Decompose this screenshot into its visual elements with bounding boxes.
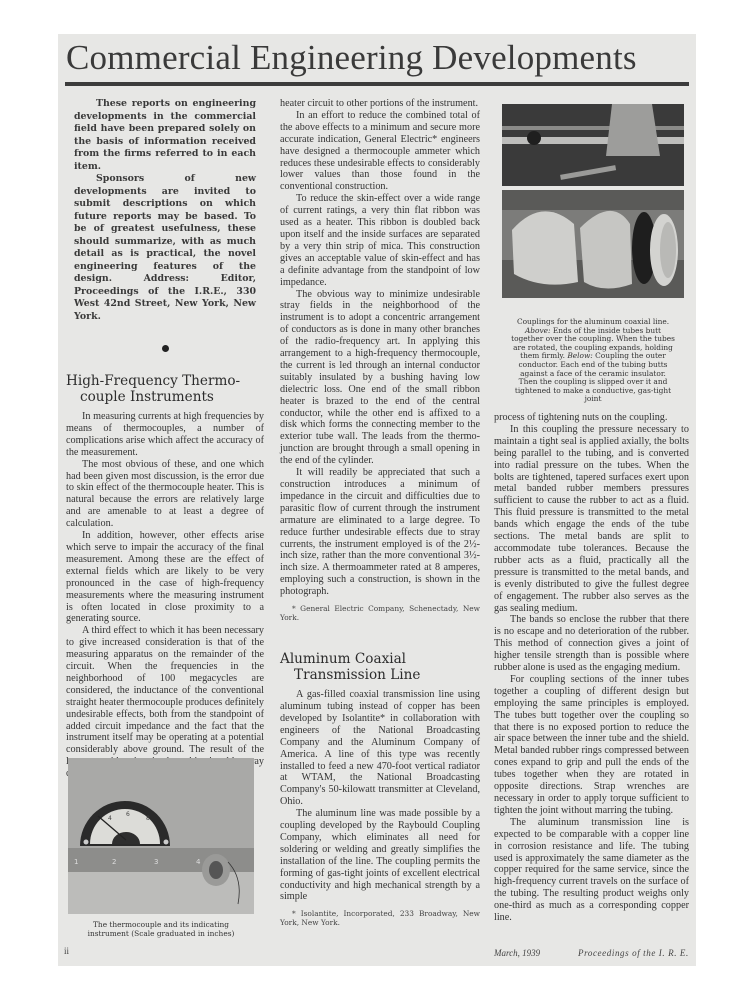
column-right: process of tightening nuts on the coupli… [494,412,689,924]
body-paragraph: A gas-filled coaxial transmission line u… [280,689,480,808]
body-paragraph: The most obvious of these, and one which… [66,459,264,530]
body-paragraph: The aluminum line was made possible by a… [280,808,480,903]
footer-date: March, 1939 [494,948,540,958]
article-heading-coaxial: Aluminum Coaxial Transmission Line [280,652,480,683]
svg-text:4: 4 [196,858,201,866]
document-page: Commercial Engineering Developments Thes… [58,34,696,966]
caption-text: Coupling the outer conductor. Each end o… [515,351,671,403]
thermocouple-photo: 4 6 8 1 2 3 4 [68,758,254,914]
coupling-photo-caption: Couplings for the aluminum coaxial line.… [510,318,676,404]
body-paragraph: The aluminum transmission line is expect… [494,817,689,924]
footnote-text: * Isolantite, Incorporated, 233 Broadway… [280,909,480,927]
coupling-photo-below [502,190,684,298]
svg-text:4: 4 [108,815,112,822]
svg-text:2: 2 [112,858,116,866]
thermocouple-photo-caption: The thermocouple and its indicating inst… [80,921,242,938]
editorial-note: These reports on engineering development… [66,98,264,323]
page-title: Commercial Engineering Developments [66,38,686,78]
body-paragraph: To reduce the skin-effect over a wide ra… [280,193,480,288]
page-number: ii [64,946,69,956]
column-middle: heater circuit to other portions of the … [280,98,480,927]
inner-tube-coupling-icon [502,104,684,186]
heading-line: Transmission Line [280,668,480,684]
svg-text:1: 1 [74,858,78,866]
title-rule [65,82,689,86]
body-paragraph: In this coupling the pressure necessary … [494,424,689,615]
body-paragraph: A third effect to which it has been nece… [66,625,264,780]
footnote-isolantite: * Isolantite, Incorporated, 233 Broadway… [280,909,480,927]
body-paragraph: In measuring currents at high frequencie… [66,411,264,459]
ammeter-illustration-icon: 4 6 8 1 2 3 4 [68,758,254,914]
footnote-text: * General Electric Company, Schenectady,… [280,604,480,622]
outer-conductor-coupling-icon [502,190,684,298]
footer-journal: Proceedings of the I. R. E. [578,948,689,958]
footnote-general-electric: * General Electric Company, Schenectady,… [280,604,480,622]
heading-line: Aluminum Coaxial [280,651,406,667]
section-divider-dot [162,345,169,352]
body-paragraph: In an effort to reduce the combined tota… [280,110,480,193]
body-paragraph: It will readily be appreciated that such… [280,467,480,598]
article-heading-thermocouple: High-Frequency Thermo- couple Instrument… [66,374,264,405]
heading-line: High-Frequency Thermo- [66,373,240,389]
svg-text:3: 3 [154,858,158,866]
svg-text:8: 8 [146,815,150,822]
body-paragraph: process of tightening nuts on the coupli… [494,412,689,424]
intro-paragraph: Sponsors of new developments are invited… [74,173,256,323]
coupling-photo-above [502,104,684,186]
heading-line: couple Instruments [66,390,264,406]
body-paragraph: For coupling sections of the inner tubes… [494,674,689,817]
body-paragraph: The obvious way to minimize undesirable … [280,289,480,468]
intro-paragraph: These reports on engineering development… [74,98,256,173]
svg-text:6: 6 [126,811,130,818]
body-paragraph: In addition, however, other effects aris… [66,530,264,625]
body-paragraph: The bands so enclose the rubber that the… [494,614,689,674]
column-left: These reports on engineering development… [66,98,264,780]
body-paragraph: heater circuit to other portions of the … [280,98,480,110]
